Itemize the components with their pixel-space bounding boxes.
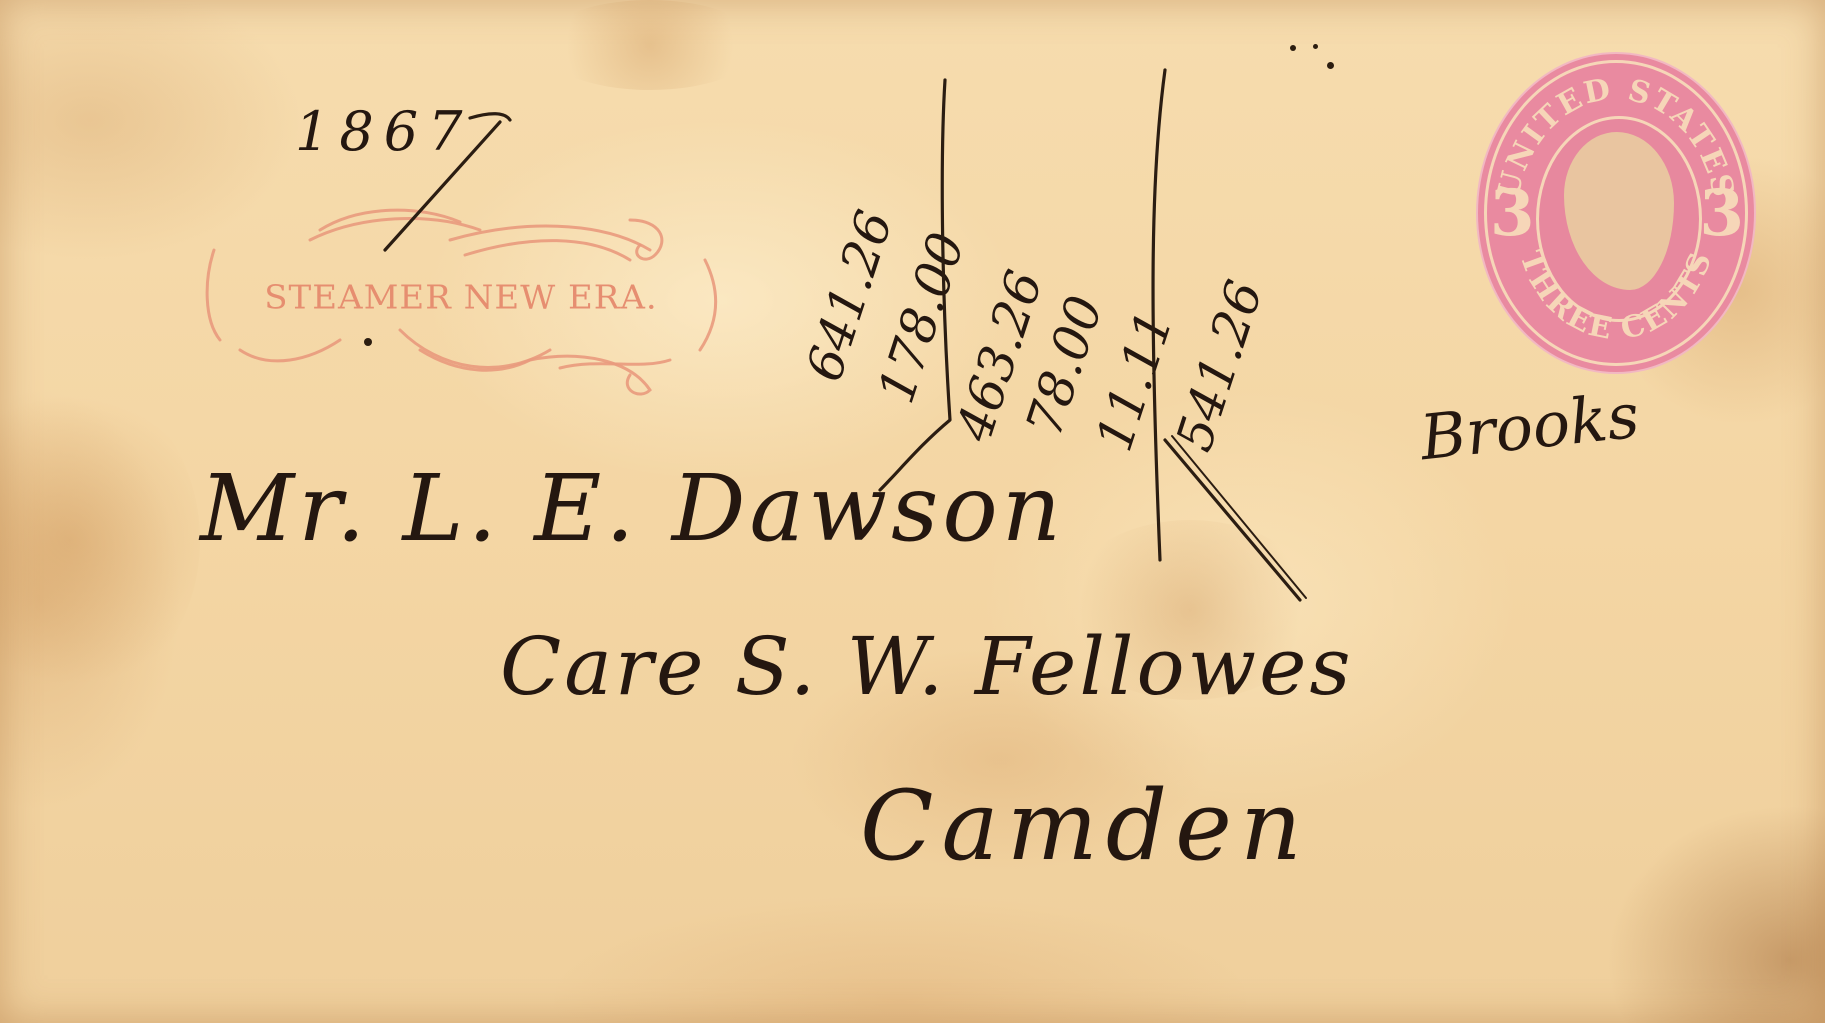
address-line-city: Camden <box>860 770 1310 882</box>
svg-text:THREE CENTS: THREE CENTS <box>1512 246 1719 347</box>
envelope-cover: STEAMER NEW ERA. 1867 641.26 178.00 463.… <box>0 0 1825 1023</box>
stamp-bottom-text: THREE CENTS <box>1512 246 1719 347</box>
stamp-top-text: UNITED STATES <box>1491 71 1741 202</box>
address-line-care-of: Care S. W. Fellowes <box>500 620 1354 713</box>
stamp-legend: UNITED STATES THREE CENTS <box>1478 54 1754 372</box>
postage-stamp-indicium: 3 3 UNITED STATES THREE CENTS <box>1478 54 1754 372</box>
svg-text:UNITED STATES: UNITED STATES <box>1491 71 1741 202</box>
address-line-recipient: Mr. L. E. Dawson <box>200 455 1065 562</box>
